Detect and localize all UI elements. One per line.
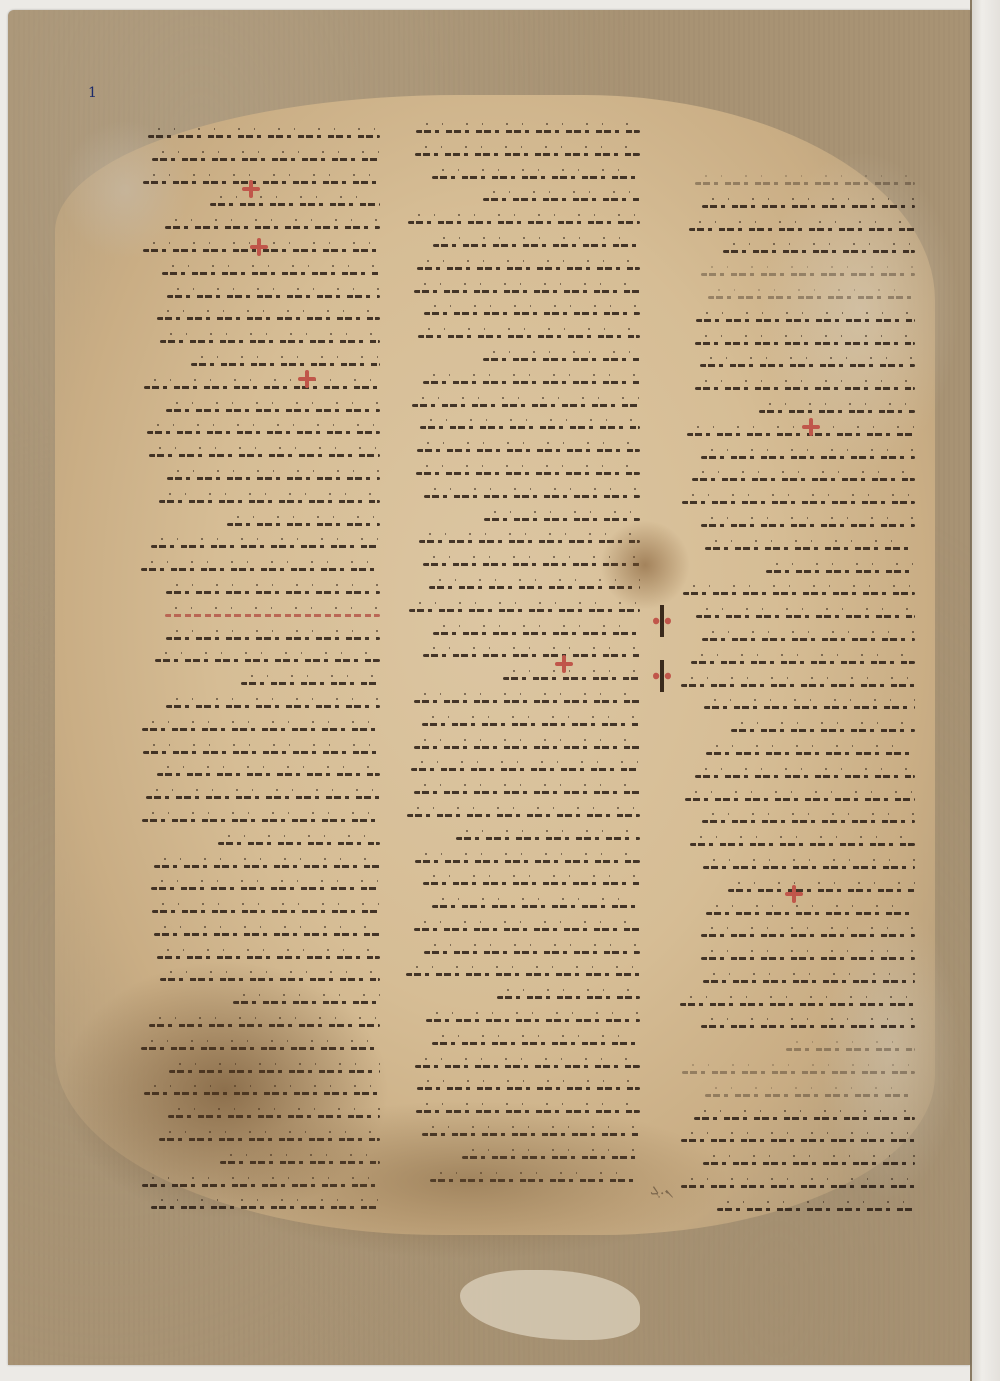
text-line xyxy=(412,404,640,407)
text-line xyxy=(157,956,380,959)
rubric-cross-marker xyxy=(298,370,316,388)
text-line xyxy=(706,912,915,915)
text-line xyxy=(423,654,640,657)
text-line xyxy=(166,591,380,594)
text-line xyxy=(701,934,915,937)
text-line xyxy=(456,837,640,840)
rubric-cross-marker xyxy=(802,418,820,436)
text-line xyxy=(152,158,380,161)
text-line xyxy=(166,705,380,708)
text-line xyxy=(418,335,641,338)
text-line xyxy=(424,495,640,498)
text-line xyxy=(141,568,380,571)
rubric-cross-marker xyxy=(242,180,260,198)
text-line xyxy=(723,250,915,253)
text-column-middle xyxy=(405,130,640,1201)
text-line xyxy=(142,728,380,731)
text-line xyxy=(144,386,380,389)
text-line xyxy=(681,1139,915,1142)
text-line xyxy=(702,820,915,823)
text-line xyxy=(414,928,640,931)
text-line xyxy=(423,882,640,885)
text-line xyxy=(154,933,380,936)
text-line xyxy=(415,1065,640,1068)
text-line xyxy=(708,296,915,299)
text-line xyxy=(417,1087,640,1090)
gutter-edge xyxy=(970,0,972,1381)
text-line xyxy=(417,267,640,270)
text-line xyxy=(695,387,915,390)
book-gutter xyxy=(970,0,1000,1381)
text-line xyxy=(705,1094,915,1097)
column-divider-ornament xyxy=(655,605,669,637)
text-line xyxy=(497,996,640,999)
text-line xyxy=(218,842,380,845)
text-line xyxy=(415,860,640,863)
text-line xyxy=(689,228,915,231)
text-line xyxy=(683,592,915,595)
text-line xyxy=(151,887,380,890)
text-line xyxy=(166,409,380,412)
text-line xyxy=(701,456,915,459)
text-line xyxy=(691,661,915,664)
text-line xyxy=(432,176,640,179)
text-line xyxy=(703,980,915,983)
text-line xyxy=(433,244,640,247)
text-line xyxy=(759,410,915,413)
text-line xyxy=(416,130,640,133)
text-line xyxy=(695,342,915,345)
folio-number: 1 xyxy=(88,85,97,101)
text-line xyxy=(728,889,915,892)
text-line xyxy=(695,775,915,778)
text-line xyxy=(420,426,640,429)
rubric-cross-marker xyxy=(555,655,573,673)
text-line xyxy=(407,814,640,817)
text-line xyxy=(149,454,380,457)
text-line xyxy=(704,706,915,709)
text-line xyxy=(167,477,380,480)
text-line xyxy=(695,182,915,185)
text-line xyxy=(414,746,640,749)
text-line xyxy=(148,135,380,138)
text-line xyxy=(692,478,915,481)
text-line xyxy=(154,865,380,868)
text-line xyxy=(681,684,915,687)
text-line xyxy=(422,723,640,726)
text-line xyxy=(411,768,640,771)
text-line xyxy=(701,1025,915,1028)
text-line xyxy=(165,226,380,229)
text-line xyxy=(705,547,915,550)
text-line xyxy=(423,381,640,384)
text-line xyxy=(690,843,915,846)
text-line xyxy=(191,363,380,366)
text-line xyxy=(503,677,640,680)
text-line xyxy=(417,449,640,452)
text-line xyxy=(433,632,640,635)
text-line xyxy=(786,1048,915,1051)
text-line xyxy=(766,570,915,573)
text-line xyxy=(406,973,640,976)
faded-shelfmark: ܢ.ܓ xyxy=(650,1179,674,1198)
text-line xyxy=(162,272,380,275)
text-line xyxy=(157,773,380,776)
text-line xyxy=(701,957,915,960)
text-line xyxy=(409,609,640,612)
text-line xyxy=(706,752,915,755)
text-line xyxy=(700,364,915,367)
text-line xyxy=(701,524,915,527)
text-line xyxy=(717,1208,915,1211)
text-line xyxy=(152,910,380,913)
text-line xyxy=(147,431,380,434)
text-line xyxy=(167,295,380,298)
rubric-cross-marker xyxy=(785,885,803,903)
text-line xyxy=(703,1162,915,1165)
rubric-cross-marker xyxy=(250,238,268,256)
text-column-right xyxy=(680,182,915,1231)
text-line xyxy=(157,317,380,320)
text-line xyxy=(682,1071,915,1074)
text-line xyxy=(696,319,915,322)
text-line xyxy=(166,637,380,640)
text-line xyxy=(227,523,380,526)
text-line xyxy=(426,1019,640,1022)
text-line xyxy=(414,700,640,703)
text-line xyxy=(159,500,380,503)
text-line xyxy=(415,153,640,156)
text-line xyxy=(703,866,915,869)
text-line xyxy=(483,198,640,201)
text-line xyxy=(702,205,915,208)
text-line xyxy=(416,472,640,475)
text-line xyxy=(143,751,380,754)
text-line xyxy=(680,1003,915,1006)
text-line xyxy=(151,545,380,548)
text-line xyxy=(701,273,915,276)
text-line xyxy=(165,614,380,617)
text-line xyxy=(483,358,640,361)
text-line xyxy=(146,796,380,799)
text-line xyxy=(694,1117,915,1120)
text-line xyxy=(682,501,915,504)
text-line xyxy=(424,312,640,315)
text-line xyxy=(685,798,915,801)
text-line xyxy=(484,518,640,521)
text-line xyxy=(702,638,915,641)
text-line xyxy=(160,340,380,343)
text-line xyxy=(241,682,380,685)
text-line xyxy=(731,729,915,732)
text-line xyxy=(414,290,640,293)
text-line xyxy=(696,615,915,618)
text-line xyxy=(432,1042,640,1045)
text-line xyxy=(424,951,640,954)
text-line xyxy=(143,181,380,184)
text-line xyxy=(432,905,640,908)
text-line xyxy=(210,203,380,206)
dark-stain xyxy=(600,520,690,610)
column-divider-ornament xyxy=(655,660,669,692)
text-line xyxy=(408,221,640,224)
text-line xyxy=(142,819,380,822)
text-line xyxy=(414,791,640,794)
text-line xyxy=(155,659,380,662)
